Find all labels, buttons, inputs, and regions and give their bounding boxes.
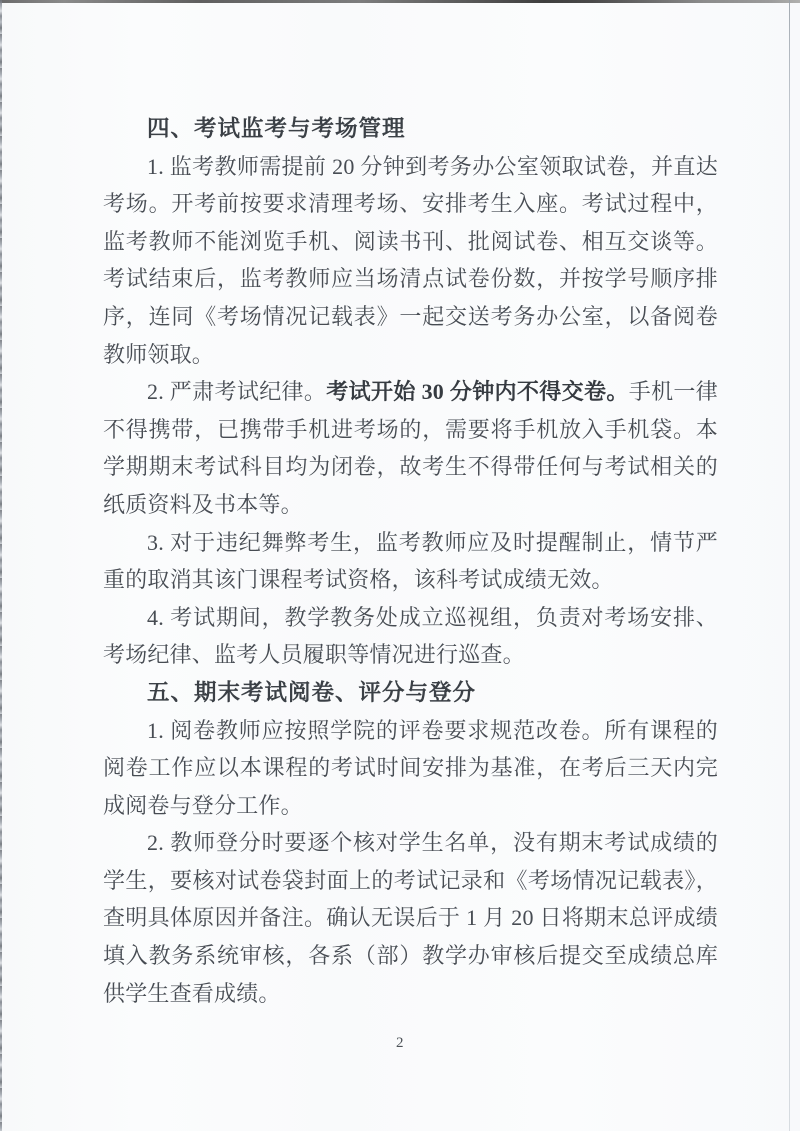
scanned-document-page: 四、考试监考与考场管理 1. 监考教师需提前 20 分钟到考务办公室领取试卷，并… — [0, 0, 800, 1131]
page-number: 2 — [0, 1033, 800, 1053]
section-5-heading: 五、期末考试阅卷、评分与登分 — [103, 674, 718, 712]
section-4-item-4: 4. 考试期间，教学教务处成立巡视组，负责对考场安排、考场纪律、监考人员履职等情… — [103, 599, 718, 674]
scan-edge-top — [0, 0, 800, 3]
scan-edge-left — [0, 0, 2, 1131]
section-4-item-1: 1. 监考教师需提前 20 分钟到考务办公室领取试卷，并直达考场。开考前按要求清… — [103, 148, 718, 374]
section-4-heading: 四、考试监考与考场管理 — [103, 110, 718, 148]
document-body: 四、考试监考与考场管理 1. 监考教师需提前 20 分钟到考务办公室领取试卷，并… — [103, 110, 718, 1012]
item-2-emphasis-text: 考试开始 30 分钟内不得交卷。 — [326, 379, 628, 404]
section-5-item-2: 2. 教师登分时要逐个核对学生名单，没有期末考试成绩的学生，要核对试卷袋封面上的… — [103, 824, 718, 1012]
section-4-item-3: 3. 对于违纪舞弊考生，监考教师应及时提醒制止，情节严重的取消其该门课程考试资格… — [103, 524, 718, 599]
section-4-item-2: 2. 严肃考试纪律。考试开始 30 分钟内不得交卷。手机一律不得携带，已携带手机… — [103, 373, 718, 523]
item-2-lead-text: 2. 严肃考试纪律。 — [147, 379, 326, 404]
scan-edge-right — [789, 0, 790, 1131]
section-5-item-1: 1. 阅卷教师应按照学院的评卷要求规范改卷。所有课程的阅卷工作应以本课程的考试时… — [103, 712, 718, 825]
